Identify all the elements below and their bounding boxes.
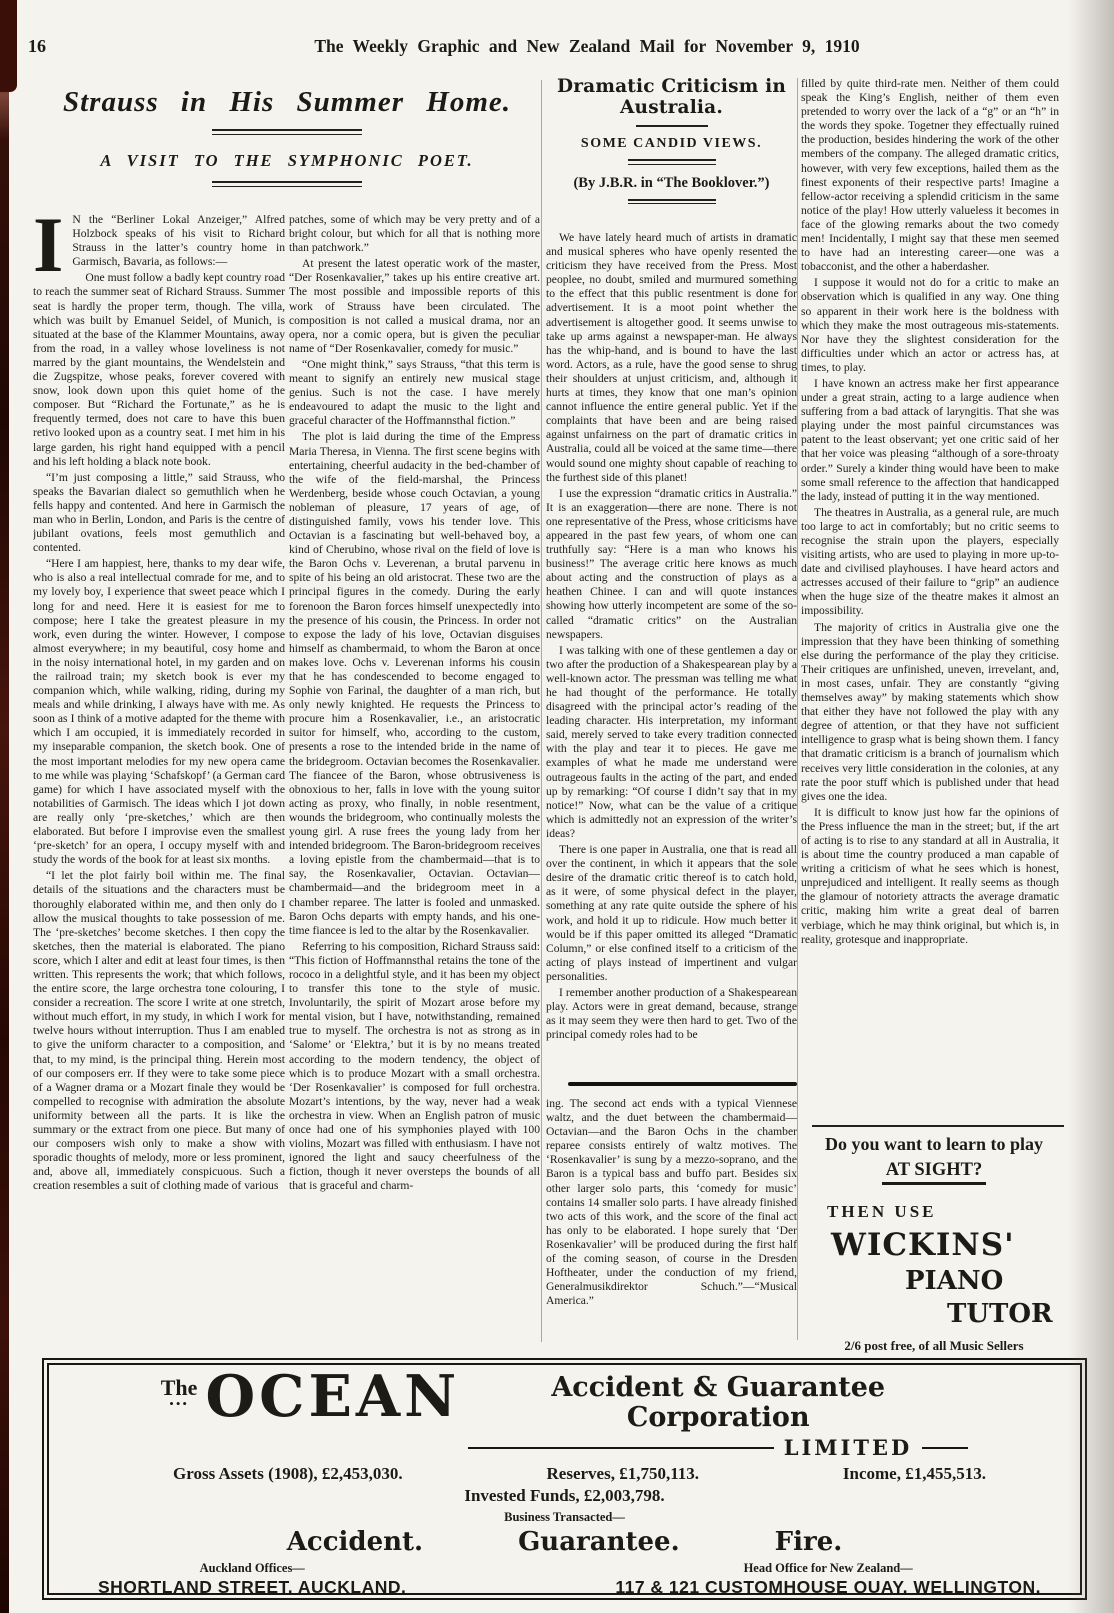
section-divider-rule bbox=[568, 1082, 797, 1086]
masthead: The Weekly Graphic and New Zealand Mail … bbox=[70, 36, 1104, 57]
ocean-gross-assets: Gross Assets (1908), £2,453,030. bbox=[173, 1464, 403, 1484]
paragraph-list: ing. The second act ends with a typical … bbox=[546, 1097, 797, 1308]
paragraph: patches, some of which may be very prett… bbox=[289, 213, 540, 255]
paragraph: The majority of critics in Australia giv… bbox=[801, 621, 1059, 804]
paragraph-list: We have lately heard much of artists in … bbox=[546, 231, 797, 1042]
paragraph: Referring to his composition, Richard St… bbox=[289, 940, 540, 1194]
paragraph: “Here I am happiest, here, thanks to my … bbox=[33, 557, 285, 867]
paragraph: I remember another production of a Shake… bbox=[546, 986, 797, 1042]
column-rule bbox=[541, 80, 542, 1342]
double-rule bbox=[212, 129, 362, 135]
strauss-column-1: IN the “Berliner Lokal Anzeiger,” Alfred… bbox=[33, 213, 285, 1349]
dramatic-column-1: We have lately heard much of artists in … bbox=[546, 231, 797, 1077]
wickins-product-tutor: TUTOR bbox=[947, 1299, 1069, 1329]
wickins-price: 2/6 post free, of all Music Sellers bbox=[799, 1338, 1069, 1354]
short-double-rule bbox=[628, 159, 716, 165]
dots-ornament: ••• bbox=[169, 1399, 189, 1409]
paragraph: I have known an actress make her first a… bbox=[801, 377, 1059, 504]
wickins-then-use: THEN USE bbox=[827, 1202, 1069, 1222]
ocean-the-block: The ••• bbox=[161, 1377, 198, 1409]
ocean-limited: LIMITED bbox=[784, 1435, 913, 1460]
article-strauss-subtitle: A VISIT TO THE SYMPHONIC POET. bbox=[36, 151, 538, 171]
wickins-ad: Do you want to learn to play AT SIGHT? T… bbox=[799, 1134, 1069, 1354]
ocean-branch-guarantee: Guarantee. bbox=[518, 1527, 680, 1557]
wickins-brand: WICKINS' bbox=[831, 1227, 1069, 1263]
ocean-head-office-address: 117 & 121 CUSTOMHOUSE QUAY, WELLINGTON. bbox=[615, 1577, 1041, 1595]
article-dramatic-title: Dramatic Criticism in Australia. bbox=[546, 76, 797, 118]
ocean-auckland-office: Auckland Offices— SHORTLAND STREET, AUCK… bbox=[98, 1561, 406, 1595]
rule-line bbox=[922, 1447, 968, 1449]
paragraph: There is one paper in Australia, one tha… bbox=[546, 843, 797, 984]
binding-edge-mark bbox=[0, 0, 9, 1613]
rule-line bbox=[468, 1447, 773, 1449]
ocean-ad-frame: The ••• OCEAN Accident & Guarantee Corpo… bbox=[47, 1363, 1082, 1595]
dramatic-column-2: filled by quite third-rate men. Neither … bbox=[801, 77, 1059, 1117]
paragraph-list: One must follow a badly kept country roa… bbox=[33, 271, 285, 1193]
article-strauss-title: Strauss in His Summer Home. bbox=[36, 86, 538, 119]
paragraph: “One might think,” says Strauss, “that t… bbox=[289, 358, 540, 428]
paragraph: I suppose it would not do for a critic t… bbox=[801, 276, 1059, 375]
column-rule bbox=[797, 78, 798, 1340]
article-dramatic-subtitle: SOME CANDID VIEWS. bbox=[546, 136, 797, 152]
strauss-column-2: patches, some of which may be very prett… bbox=[289, 213, 540, 1349]
ocean-brand: OCEAN bbox=[205, 1367, 460, 1427]
article-strauss-header: Strauss in His Summer Home. A VISIT TO T… bbox=[36, 86, 538, 187]
double-rule bbox=[212, 181, 362, 187]
paragraph: I use the expression “dramatic critics i… bbox=[546, 487, 797, 642]
paragraph: At present the latest operatic work of t… bbox=[289, 257, 540, 356]
wickins-product-piano: PIANO bbox=[905, 1266, 1069, 1296]
ocean-auckland-label: Auckland Offices— bbox=[200, 1561, 305, 1576]
strauss-continuation: ing. The second act ends with a typical … bbox=[546, 1097, 797, 1339]
ocean-head-office-label: Head Office for New Zealand— bbox=[744, 1561, 913, 1576]
paragraph: The theatres in Australia, as a general … bbox=[801, 506, 1059, 619]
paragraph: ing. The second act ends with a typical … bbox=[546, 1097, 797, 1308]
paragraph: filled by quite third-rate men. Neither … bbox=[801, 77, 1059, 274]
intro-text: N the “Berliner Lokal Anzeiger,” Alfred … bbox=[72, 213, 285, 268]
newspaper-page: 16 The Weekly Graphic and New Zealand Ma… bbox=[0, 0, 1114, 1613]
drop-cap: I bbox=[33, 213, 72, 272]
paragraph: “I let the plot fairly boil within me. T… bbox=[33, 869, 285, 1193]
paragraph: One must follow a badly kept country roa… bbox=[33, 271, 285, 468]
ocean-ad: The ••• OCEAN Accident & Guarantee Corpo… bbox=[42, 1358, 1087, 1600]
intro-paragraph: IN the “Berliner Lokal Anzeiger,” Alfred… bbox=[33, 213, 285, 269]
ocean-business-transacted: Business Transacted— bbox=[63, 1510, 1066, 1525]
paragraph: It is difficult to know just how far the… bbox=[801, 806, 1059, 947]
ocean-auckland-address: SHORTLAND STREET, AUCKLAND. bbox=[98, 1577, 406, 1595]
paragraph: “I’m just composing a little,” said Stra… bbox=[33, 471, 285, 556]
binding-edge-blob bbox=[0, 0, 17, 92]
ocean-income: Income, £1,455,513. bbox=[843, 1464, 986, 1484]
page-number: 16 bbox=[28, 36, 46, 57]
ocean-branch-fire: Fire. bbox=[775, 1527, 843, 1557]
paragraph: I was talking with one of these gentleme… bbox=[546, 644, 797, 841]
paragraph: We have lately heard much of artists in … bbox=[546, 231, 797, 485]
ocean-branch-accident: Accident. bbox=[287, 1527, 423, 1557]
paragraph-list: filled by quite third-rate men. Neither … bbox=[801, 77, 1059, 947]
ad-divider-rule bbox=[812, 1125, 1064, 1127]
ocean-limited-row: LIMITED bbox=[468, 1435, 968, 1460]
ocean-invested-funds: Invested Funds, £2,003,798. bbox=[63, 1486, 1066, 1506]
ocean-corporation-name: Accident & Guarantee Corporation bbox=[468, 1373, 968, 1433]
wickins-question: Do you want to learn to play bbox=[799, 1134, 1069, 1155]
article-dramatic-header: Dramatic Criticism in Australia. SOME CA… bbox=[546, 76, 797, 204]
short-double-rule bbox=[628, 199, 716, 205]
ocean-reserves: Reserves, £1,750,113. bbox=[547, 1464, 700, 1484]
article-dramatic-byline: (By J.B.R. in “The Booklover.”) bbox=[546, 175, 797, 192]
ocean-head-office: Head Office for New Zealand— 117 & 121 C… bbox=[615, 1561, 1041, 1595]
paragraph: The plot is laid during the time of the … bbox=[289, 430, 540, 937]
paragraph-list: patches, some of which may be very prett… bbox=[289, 213, 540, 1193]
wickins-at-sight: AT SIGHT? bbox=[882, 1160, 986, 1185]
short-rule bbox=[636, 125, 708, 127]
